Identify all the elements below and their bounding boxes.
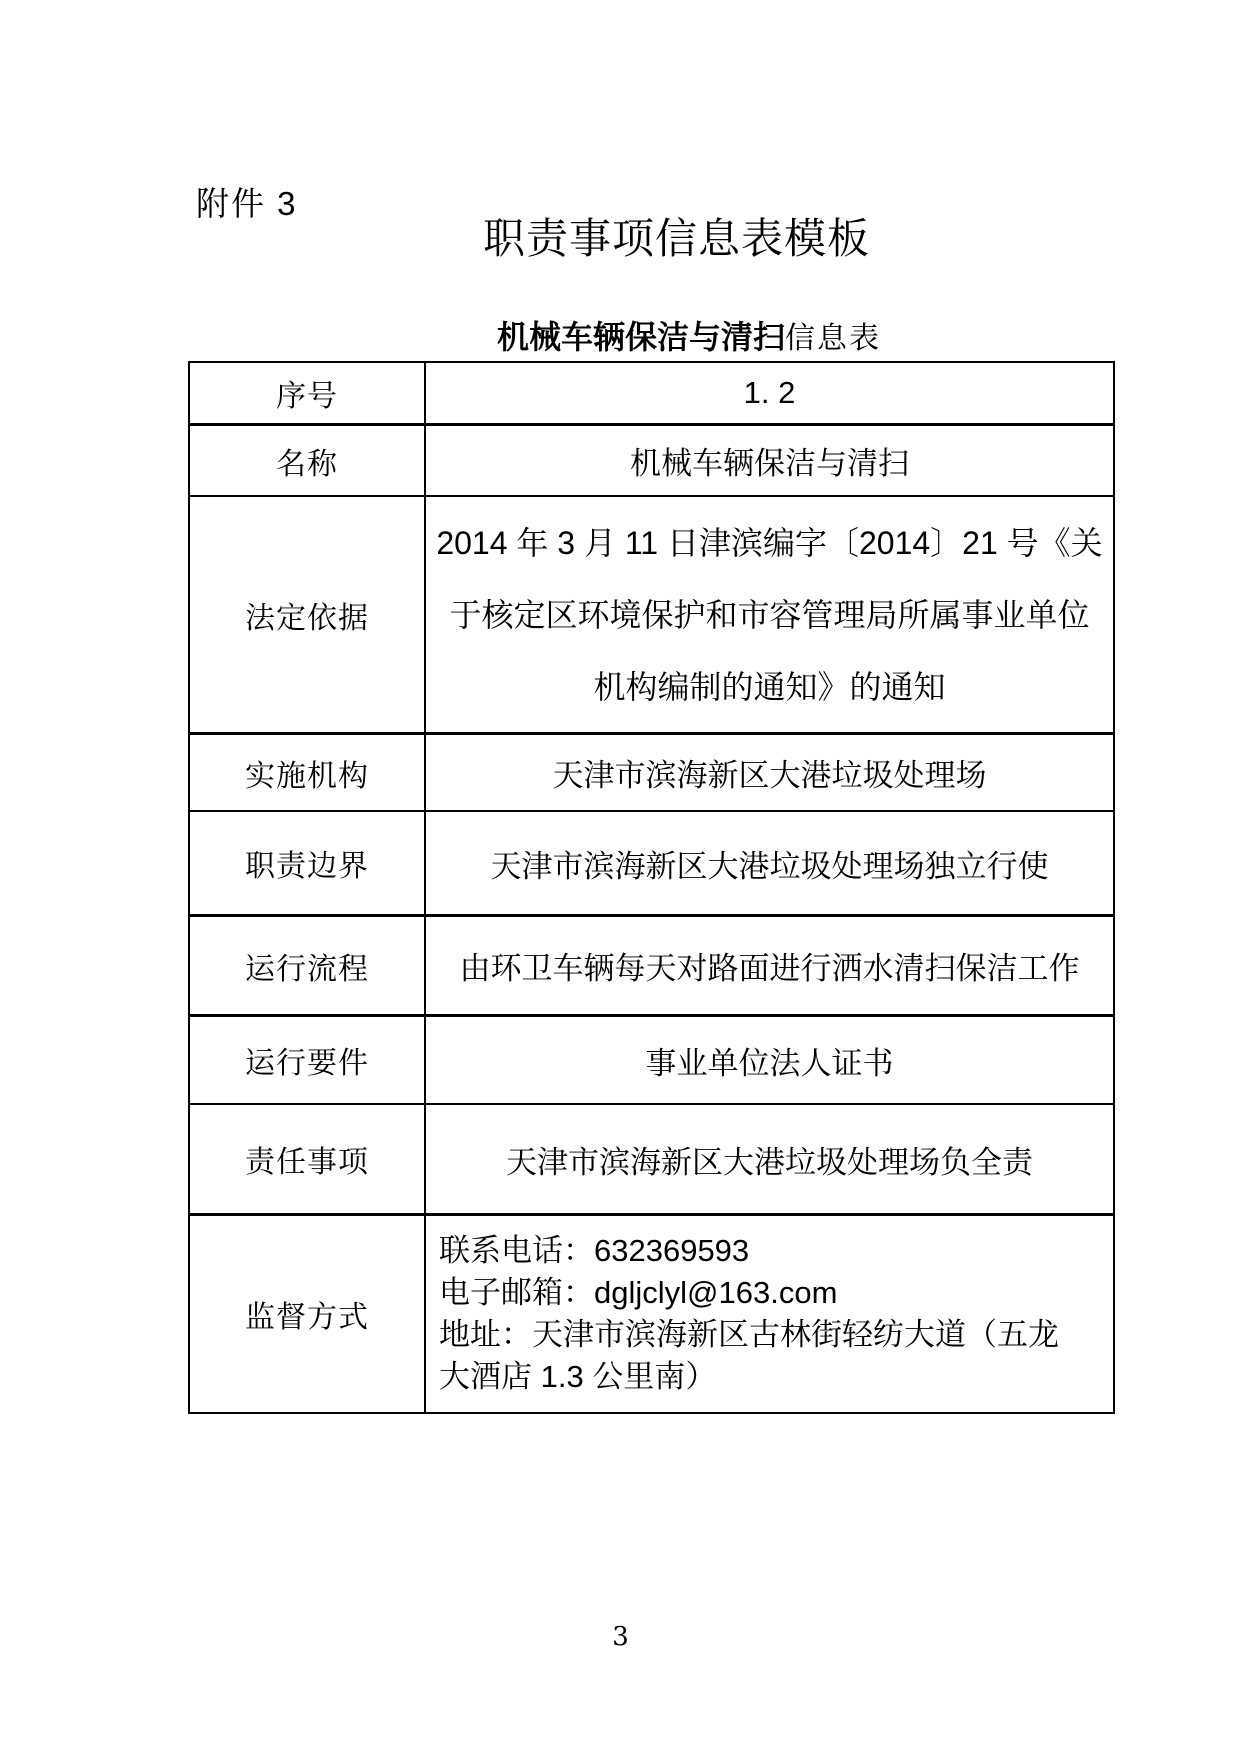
label-cell-responsibility-boundary: 职责边界 (190, 812, 426, 914)
label-cell-legal-basis: 法定依据 (190, 497, 426, 732)
document-subtitle: 机械车辆保洁与清扫信息表 (497, 312, 881, 358)
label-cell-name: 名称 (190, 426, 426, 495)
label-cell-serial-number: 序号 (190, 363, 426, 423)
value-cell-legal-basis: 2014 年 3 月 11 日津滨编字〔2014〕21 号《关 于核定区环境保护… (426, 497, 1113, 732)
subtitle-main-text: 机械车辆保洁与清扫 (497, 319, 785, 355)
label-cell-implementing-agency: 实施机构 (190, 735, 426, 810)
table-row-operation-process: 运行流程 由环卫车辆每天对路面进行洒水清扫保洁工作 (190, 917, 1113, 1017)
subtitle-suffix-text: 信息表 (785, 321, 881, 356)
value-cell-supervision-method: 联系电话：632369593 电子邮箱：dgljclyl@163.com 地址：… (426, 1216, 1113, 1412)
table-row-name: 名称 机械车辆保洁与清扫 (190, 426, 1113, 497)
table-row-supervision-method: 监督方式 联系电话：632369593 电子邮箱：dgljclyl@163.co… (190, 1216, 1113, 1412)
table-row-operation-requirements: 运行要件 事业单位法人证书 (190, 1017, 1113, 1105)
document-title: 职责事项信息表模板 (483, 206, 870, 266)
document-page: 附件 3 职责事项信息表模板 机械车辆保洁与清扫信息表 序号 1. 2 名称 机… (0, 0, 1241, 1754)
value-cell-operation-process: 由环卫车辆每天对路面进行洒水清扫保洁工作 (426, 917, 1113, 1014)
value-cell-serial-number: 1. 2 (426, 363, 1113, 423)
label-cell-liability-matters: 责任事项 (190, 1105, 426, 1213)
label-cell-supervision-method: 监督方式 (190, 1216, 426, 1412)
value-cell-name: 机械车辆保洁与清扫 (426, 426, 1113, 495)
label-cell-operation-process: 运行流程 (190, 917, 426, 1014)
table-row-implementing-agency: 实施机构 天津市滨海新区大港垃圾处理场 (190, 735, 1113, 812)
attachment-label: 附件 3 (196, 178, 298, 225)
table-row-responsibility-boundary: 职责边界 天津市滨海新区大港垃圾处理场独立行使 (190, 812, 1113, 917)
table-row-legal-basis: 法定依据 2014 年 3 月 11 日津滨编字〔2014〕21 号《关 于核定… (190, 497, 1113, 735)
value-cell-operation-requirements: 事业单位法人证书 (426, 1017, 1113, 1103)
value-cell-liability-matters: 天津市滨海新区大港垃圾处理场负全责 (426, 1105, 1113, 1213)
info-table: 序号 1. 2 名称 机械车辆保洁与清扫 法定依据 2014 年 3 月 11 … (188, 361, 1115, 1414)
page-number: 3 (0, 1622, 1241, 1652)
value-cell-implementing-agency: 天津市滨海新区大港垃圾处理场 (426, 735, 1113, 810)
table-row-serial-number: 序号 1. 2 (190, 363, 1113, 426)
value-cell-responsibility-boundary: 天津市滨海新区大港垃圾处理场独立行使 (426, 812, 1113, 914)
label-cell-operation-requirements: 运行要件 (190, 1017, 426, 1103)
table-row-liability-matters: 责任事项 天津市滨海新区大港垃圾处理场负全责 (190, 1105, 1113, 1216)
